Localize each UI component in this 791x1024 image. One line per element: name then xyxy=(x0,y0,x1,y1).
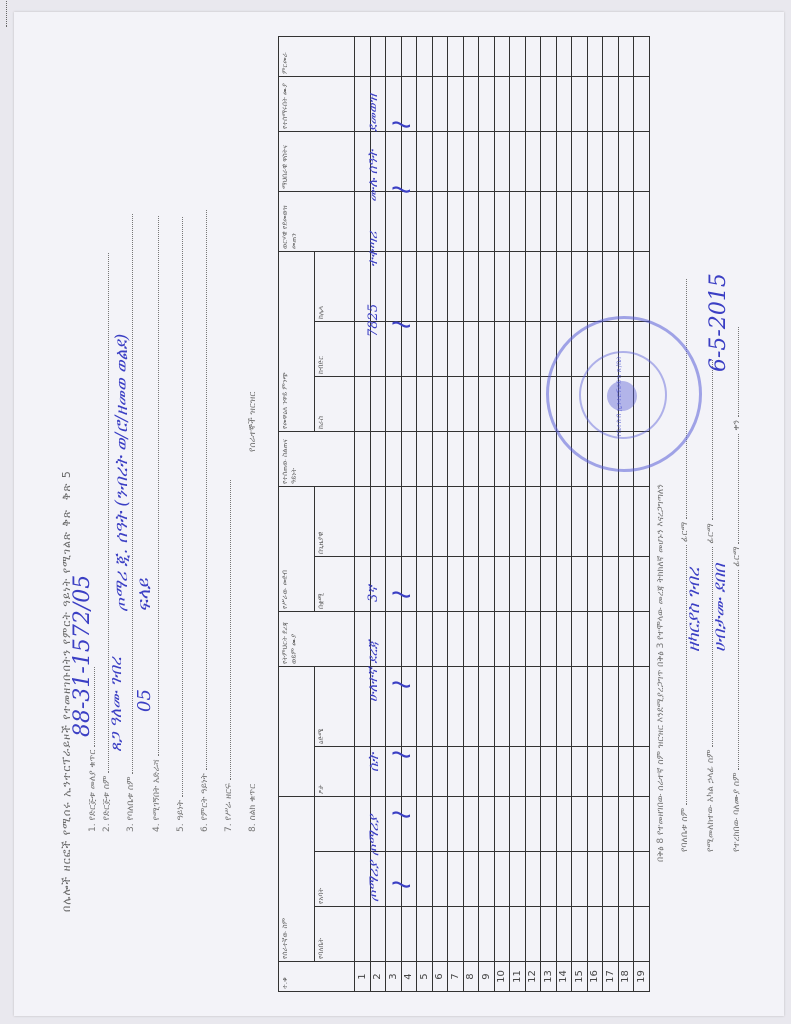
section-subtitle: የሰራተኞች ዝርዝር xyxy=(248,392,258,452)
ditto-mark: ≀ xyxy=(384,752,417,763)
table-cell xyxy=(432,612,448,667)
table-cell xyxy=(634,192,650,252)
table-cell xyxy=(525,377,541,432)
table-cell xyxy=(479,487,495,557)
table-cell xyxy=(525,667,541,747)
table-cell xyxy=(494,747,510,797)
table-cell xyxy=(463,37,479,77)
table-cell xyxy=(634,252,650,322)
table-cell xyxy=(401,377,417,432)
table-cell xyxy=(618,37,634,77)
table-cell xyxy=(355,907,371,962)
table-cell xyxy=(556,557,572,612)
table-cell xyxy=(432,37,448,77)
header-social: ማህበራዊ ዋስትና xyxy=(279,132,355,192)
table-cell xyxy=(572,77,588,132)
table-cell xyxy=(386,797,402,852)
table-cell xyxy=(386,487,402,557)
table-cell xyxy=(494,487,510,557)
table-cell xyxy=(432,487,448,557)
footer-declaration: በቅፅ 8 የተመዘገበው ሰራተኛ ስም ዝርዝር እንደሚያረጋግጥ በቅፅ… xyxy=(656,484,666,862)
subheader-owner: የባለቤት xyxy=(315,907,355,962)
table-cell xyxy=(386,252,402,322)
table-cell xyxy=(556,37,572,77)
table-cell xyxy=(525,557,541,612)
table-cell xyxy=(556,612,572,667)
table-cell xyxy=(618,667,634,747)
table-cell xyxy=(432,852,448,907)
table-cell xyxy=(525,432,541,487)
table-cell xyxy=(448,852,464,907)
table-cell xyxy=(541,667,557,747)
table-cell xyxy=(401,852,417,907)
table-cell xyxy=(417,852,433,907)
table-cell xyxy=(448,192,464,252)
table-cell xyxy=(634,557,650,612)
table-cell xyxy=(587,37,603,77)
row-number: 17 xyxy=(603,962,619,992)
row-number: 7 xyxy=(448,962,464,992)
table-cell xyxy=(463,192,479,252)
table-cell xyxy=(401,557,417,612)
table-cell xyxy=(463,747,479,797)
table-cell xyxy=(634,77,650,132)
table-cell xyxy=(556,192,572,252)
table-cell xyxy=(634,612,650,667)
table-cell xyxy=(494,192,510,252)
table-cell xyxy=(432,432,448,487)
hw-row1-status: ተቀጣሪ xyxy=(366,232,381,267)
table-cell xyxy=(494,797,510,852)
table-cell xyxy=(463,77,479,132)
header-number: ተ.ቁ xyxy=(279,962,355,992)
ditto-mark: ≀ xyxy=(384,322,417,333)
table-cell xyxy=(355,557,371,612)
table-cell xyxy=(370,37,386,77)
table-cell xyxy=(618,252,634,322)
subheader-temporary: በጊዜያዊ xyxy=(315,487,355,557)
subheader-own: ከራስ xyxy=(315,377,355,432)
table-cell xyxy=(525,192,541,252)
table-cell xyxy=(510,852,526,907)
table-cell xyxy=(494,852,510,907)
footer-receiver-line: የተረከበው ባለሙያ ስም ፊርማ ቀን xyxy=(732,327,742,852)
table-cell xyxy=(432,907,448,962)
table-cell xyxy=(448,132,464,192)
table-cell xyxy=(587,852,603,907)
table-cell xyxy=(572,487,588,557)
handwritten-owner-2: ጦማሪ ጂ. ሰዓት (ንብረት ወ/ሮ/ዘመወ ወልደ) xyxy=(112,334,132,612)
field-address: 4. የሚገኝበት አድራሻ xyxy=(152,217,162,833)
table-cell xyxy=(587,487,603,557)
table-cell xyxy=(370,557,386,612)
table-cell xyxy=(510,432,526,487)
hw-row1-name: ጦማሪያ ጦማሪያ xyxy=(366,815,382,902)
table-cell xyxy=(541,252,557,322)
table-cell xyxy=(556,252,572,322)
table-row: 17 xyxy=(603,37,619,992)
table-cell xyxy=(401,132,417,192)
table-cell xyxy=(463,612,479,667)
table-cell xyxy=(463,132,479,192)
table-row: 4 xyxy=(401,37,417,992)
table-cell xyxy=(448,77,464,132)
row-number: 11 xyxy=(510,962,526,992)
table-cell xyxy=(448,797,464,852)
table-cell xyxy=(417,747,433,797)
table-cell xyxy=(603,77,619,132)
table-cell xyxy=(541,747,557,797)
table-cell xyxy=(479,77,495,132)
table-cell xyxy=(587,797,603,852)
table-cell xyxy=(479,612,495,667)
ditto-mark: ≀ xyxy=(384,592,417,603)
table-cell xyxy=(525,132,541,192)
table-cell xyxy=(401,612,417,667)
table-cell xyxy=(386,907,402,962)
field-type: 5. ዓይነት xyxy=(176,217,186,832)
table-cell xyxy=(510,612,526,667)
table-cell xyxy=(525,747,541,797)
row-number: 9 xyxy=(479,962,495,992)
table-cell xyxy=(618,852,634,907)
table-cell xyxy=(525,797,541,852)
row-number: 19 xyxy=(634,962,650,992)
table-cell xyxy=(479,747,495,797)
table-cell xyxy=(525,612,541,667)
table-cell xyxy=(525,252,541,322)
table-cell xyxy=(572,907,588,962)
table-cell xyxy=(494,612,510,667)
ditto-mark: ≀ xyxy=(384,682,417,693)
table-cell xyxy=(510,377,526,432)
table-cell xyxy=(587,132,603,192)
table-cell xyxy=(572,747,588,797)
table-cell xyxy=(603,907,619,962)
header-education: የትምህርት ደረጃ ወይም ሙያ xyxy=(279,612,355,667)
table-cell xyxy=(479,322,495,377)
table-cell xyxy=(572,252,588,322)
table-cell xyxy=(401,192,417,252)
header-profession: የተሰማሩበት ሙያ xyxy=(279,77,355,132)
table-cell xyxy=(494,667,510,747)
header-remarks: ምርመራ xyxy=(279,37,355,77)
handwritten-date: 6-5-2015 xyxy=(706,273,731,372)
table-row: 7 xyxy=(448,37,464,992)
table-cell xyxy=(587,77,603,132)
table-row: 11 xyxy=(510,37,526,992)
table-cell xyxy=(463,797,479,852)
row-number: 1 xyxy=(355,962,371,992)
table-cell xyxy=(479,252,495,322)
table-cell xyxy=(603,612,619,667)
table-cell xyxy=(525,37,541,77)
subheader-other: ከሌላ xyxy=(315,252,355,322)
handwritten-address: 05 xyxy=(134,689,155,712)
table-row: 13 xyxy=(541,37,557,992)
row-number: 16 xyxy=(587,962,603,992)
table-cell xyxy=(448,667,464,747)
table-cell xyxy=(463,322,479,377)
table-cell xyxy=(494,132,510,192)
employee-table: ተ.ቁ የሰራተኛው ስም የትምህርት ደረጃ ወይም ሙያ የሥራው መደብ… xyxy=(278,36,650,992)
table-row: 19 xyxy=(634,37,650,992)
table-cell xyxy=(432,252,448,322)
table-cell xyxy=(355,487,371,557)
ditto-mark: ≀ xyxy=(384,812,417,823)
table-cell xyxy=(618,612,634,667)
table-cell xyxy=(463,907,479,962)
table-cell xyxy=(510,667,526,747)
table-cell xyxy=(370,487,386,557)
header-position: የሥራው መደብ xyxy=(279,487,315,612)
table-row: 8 xyxy=(463,37,479,992)
subheader-grandfather xyxy=(315,797,355,852)
table-cell xyxy=(572,667,588,747)
table-cell xyxy=(448,37,464,77)
row-number: 18 xyxy=(618,962,634,992)
table-cell xyxy=(541,37,557,77)
table-cell xyxy=(463,557,479,612)
table-cell xyxy=(355,37,371,77)
table-cell xyxy=(494,557,510,612)
hw-row1-salary: 7825 xyxy=(366,304,381,337)
table-cell xyxy=(401,487,417,557)
table-cell xyxy=(479,192,495,252)
table-cell xyxy=(432,747,448,797)
table-cell xyxy=(463,252,479,322)
table-cell xyxy=(510,797,526,852)
table-cell xyxy=(556,797,572,852)
table-cell xyxy=(541,557,557,612)
table-cell xyxy=(541,907,557,962)
table-cell xyxy=(510,747,526,797)
table-cell xyxy=(634,797,650,852)
table-cell xyxy=(448,557,464,612)
handwritten-signer-name: ዘካርያስ ገብረ xyxy=(684,568,704,652)
table-cell xyxy=(541,432,557,487)
subheader-loan: ከብድር xyxy=(315,322,355,377)
table-cell xyxy=(525,487,541,557)
subheader-father: የአባት xyxy=(315,852,355,907)
table-cell xyxy=(479,667,495,747)
table-cell xyxy=(525,852,541,907)
table-cell xyxy=(417,612,433,667)
table-cell xyxy=(572,132,588,192)
table-cell xyxy=(386,132,402,192)
table-cell xyxy=(618,132,634,192)
table-cell xyxy=(417,192,433,252)
table-cell xyxy=(479,37,495,77)
table-cell xyxy=(448,252,464,322)
table-row: 3 xyxy=(386,37,402,992)
table-cell xyxy=(541,852,557,907)
table-cell xyxy=(448,487,464,557)
table-cell xyxy=(603,852,619,907)
table-cell xyxy=(556,77,572,132)
table-cell xyxy=(603,487,619,557)
table-cell xyxy=(494,432,510,487)
table-row: 6 xyxy=(432,37,448,992)
table-cell xyxy=(494,252,510,322)
table-cell xyxy=(541,77,557,132)
table-cell xyxy=(510,77,526,132)
table-cell xyxy=(448,907,464,962)
table-cell xyxy=(386,377,402,432)
table-cell xyxy=(355,432,371,487)
table-cell xyxy=(525,322,541,377)
table-cell xyxy=(494,907,510,962)
table-cell xyxy=(572,797,588,852)
field-sector: 7. የሥራ ዘርፍ xyxy=(224,480,234,832)
form-page-rotated: በሌሎች ዘርፎች የሚሰሩ ኢንተርፕራይዞች የተመዘገቡበትን የምርት … xyxy=(16,12,776,1012)
table-cell xyxy=(386,557,402,612)
table-cell xyxy=(479,557,495,612)
header-employee-name: የሰራተኛው ስም xyxy=(279,797,315,962)
header-salary: ወርሃዊ የደመወዝ መጠን xyxy=(279,192,355,252)
table-cell xyxy=(556,667,572,747)
table-cell xyxy=(587,747,603,797)
table-cell xyxy=(370,377,386,432)
table-cell xyxy=(401,907,417,962)
table-row: 18 xyxy=(618,37,634,992)
table-cell xyxy=(355,377,371,432)
table-cell xyxy=(479,852,495,907)
table-cell xyxy=(386,432,402,487)
row-number: 2 xyxy=(370,962,386,992)
table-cell xyxy=(370,907,386,962)
table-row: 16 xyxy=(587,37,603,992)
table-cell xyxy=(386,667,402,747)
table-cell xyxy=(494,37,510,77)
table-cell xyxy=(541,192,557,252)
table-cell xyxy=(618,77,634,132)
table-cell xyxy=(463,487,479,557)
table-cell xyxy=(448,322,464,377)
official-stamp: የቤተሰብ ኢንተርፕራይዝ ጽ/ቤት xyxy=(546,316,702,472)
row-number: 4 xyxy=(401,962,417,992)
hw-row1-education: ሁለተኛ ደረጃ xyxy=(366,641,381,702)
table-cell xyxy=(401,252,417,322)
table-cell xyxy=(417,132,433,192)
field-phone: 8. ስልክ ቁጥር xyxy=(248,784,258,832)
table-row: 9 xyxy=(479,37,495,992)
table-cell xyxy=(603,252,619,322)
table-cell xyxy=(432,667,448,747)
table-cell xyxy=(432,377,448,432)
table-cell xyxy=(572,557,588,612)
table-cell xyxy=(572,192,588,252)
table-cell xyxy=(603,667,619,747)
table-cell xyxy=(448,747,464,797)
table-row: 10 xyxy=(494,37,510,992)
table-cell xyxy=(417,77,433,132)
table-cell xyxy=(386,612,402,667)
table-cell xyxy=(556,487,572,557)
field-product: 6. የምርት ዓይነት xyxy=(200,210,210,832)
table-cell xyxy=(386,192,402,252)
table-cell xyxy=(618,907,634,962)
table-cell xyxy=(618,192,634,252)
table-row: 14 xyxy=(556,37,572,992)
table-cell xyxy=(587,192,603,252)
table-cell xyxy=(417,907,433,962)
header-training: የተሰጠው ስልጠና ዓይነት xyxy=(279,432,355,487)
subheader-permanent: በቋሚ xyxy=(315,557,355,612)
ditto-mark: ≀ xyxy=(384,882,417,893)
row-number: 5 xyxy=(417,962,433,992)
table-cell xyxy=(525,77,541,132)
table-cell xyxy=(432,797,448,852)
table-cell xyxy=(494,322,510,377)
table-cell xyxy=(432,77,448,132)
hw-row1-position: 3ኛ xyxy=(366,585,381,602)
table-row: 15 xyxy=(572,37,588,992)
table-body: 12345678910111213141516171819 xyxy=(355,37,650,992)
table-cell xyxy=(494,77,510,132)
table-cell xyxy=(603,37,619,77)
handwritten-receiver-name: ሀብታሙ ደበበ xyxy=(710,564,730,652)
handwritten-owner: ጸጋ ዓለሙ ገብረ xyxy=(106,657,126,752)
table-cell xyxy=(494,377,510,432)
table-cell xyxy=(479,132,495,192)
table-cell xyxy=(417,252,433,322)
table-cell xyxy=(417,377,433,432)
table-cell xyxy=(510,487,526,557)
table-cell xyxy=(417,432,433,487)
table-cell xyxy=(556,852,572,907)
table-cell xyxy=(370,432,386,487)
table-cell xyxy=(572,612,588,667)
table-cell xyxy=(386,852,402,907)
header-gender-age xyxy=(279,667,315,797)
table-cell xyxy=(556,907,572,962)
table-cell xyxy=(479,377,495,432)
table-cell xyxy=(417,667,433,747)
subheader-age: ዕድሜ xyxy=(315,667,355,747)
table-cell xyxy=(448,612,464,667)
table-cell xyxy=(603,747,619,797)
table-cell xyxy=(634,852,650,907)
table-cell xyxy=(479,797,495,852)
table-cell xyxy=(634,667,650,747)
table-cell xyxy=(556,747,572,797)
table-cell xyxy=(603,557,619,612)
table-cell xyxy=(510,557,526,612)
table-cell xyxy=(463,852,479,907)
table-cell xyxy=(510,37,526,77)
table-cell xyxy=(603,797,619,852)
hw-row1-gender: ሴት xyxy=(366,753,382,772)
table-cell xyxy=(510,192,526,252)
table-cell xyxy=(510,252,526,322)
table-cell xyxy=(556,132,572,192)
table-cell xyxy=(587,252,603,322)
table-cell xyxy=(401,37,417,77)
table-cell xyxy=(479,907,495,962)
table-cell xyxy=(634,37,650,77)
row-number: 15 xyxy=(572,962,588,992)
table-cell xyxy=(432,557,448,612)
table-cell xyxy=(401,667,417,747)
handwritten-id-number: 88-31-1572/05 xyxy=(70,575,95,737)
table-cell xyxy=(479,432,495,487)
table-cell xyxy=(448,377,464,432)
table-cell xyxy=(572,852,588,907)
table-cell xyxy=(618,747,634,797)
table-cell xyxy=(417,487,433,557)
top-border-line xyxy=(6,0,7,27)
